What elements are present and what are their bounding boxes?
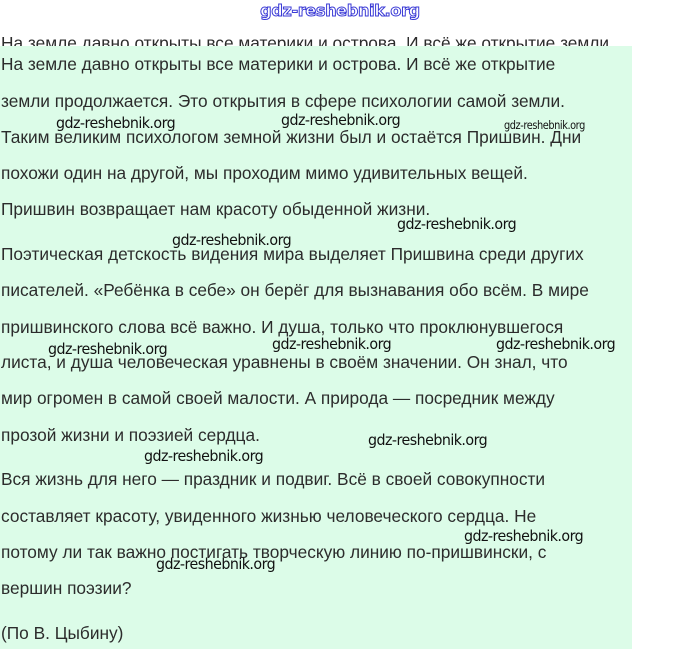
text-line: составляет красоту, увиденного жизнью че… [1, 505, 536, 527]
watermark: gdz-reshebnik.org [464, 527, 583, 545]
text-line: мир огромен в самой своей малости. А при… [1, 387, 555, 409]
text-line: писателей. «Ребёнка в себе» он берёг для… [1, 279, 589, 301]
text-line: На земле давно открыты все материки и ос… [1, 53, 555, 75]
watermark: gdz-reshebnik.org [56, 114, 175, 132]
text-line: Поэтическая детскость видения мира выдел… [1, 243, 584, 265]
text-line: вершин поэзии? [1, 577, 132, 599]
watermark: gdz-reshebnik.org [397, 215, 516, 233]
text-line: похожи один на другой, мы проходим мимо … [1, 162, 528, 184]
watermark: gdz-reshebnik.org [48, 340, 167, 358]
watermark: gdz-reshebnik.org [144, 447, 263, 465]
text-line: прозой жизни и поэзией сердца. [1, 424, 260, 446]
top-watermark: gdz-reshebnik.org [0, 1, 680, 20]
watermark: gdz-reshebnik.org [368, 431, 487, 449]
text-line: Вся жизнь для него — праздник и подвиг. … [1, 468, 545, 490]
watermark: gdz-reshebnik.org [504, 116, 585, 134]
source-attribution: (По В. Цыбину) [1, 622, 123, 644]
watermark: gdz-reshebnik.org [272, 335, 391, 353]
watermark: gdz-reshebnik.org [496, 335, 615, 353]
clipped-text-line: На земле давно открыты все материки и ос… [1, 30, 609, 46]
watermark: gdz-reshebnik.org [156, 555, 275, 573]
text-line: земли продолжается. Это открытия в сфере… [1, 90, 565, 112]
watermark: gdz-reshebnik.org [172, 231, 291, 249]
watermark: gdz-reshebnik.org [281, 111, 400, 129]
text-line: Пришвин возвращает нам красоту обыденной… [1, 198, 430, 220]
